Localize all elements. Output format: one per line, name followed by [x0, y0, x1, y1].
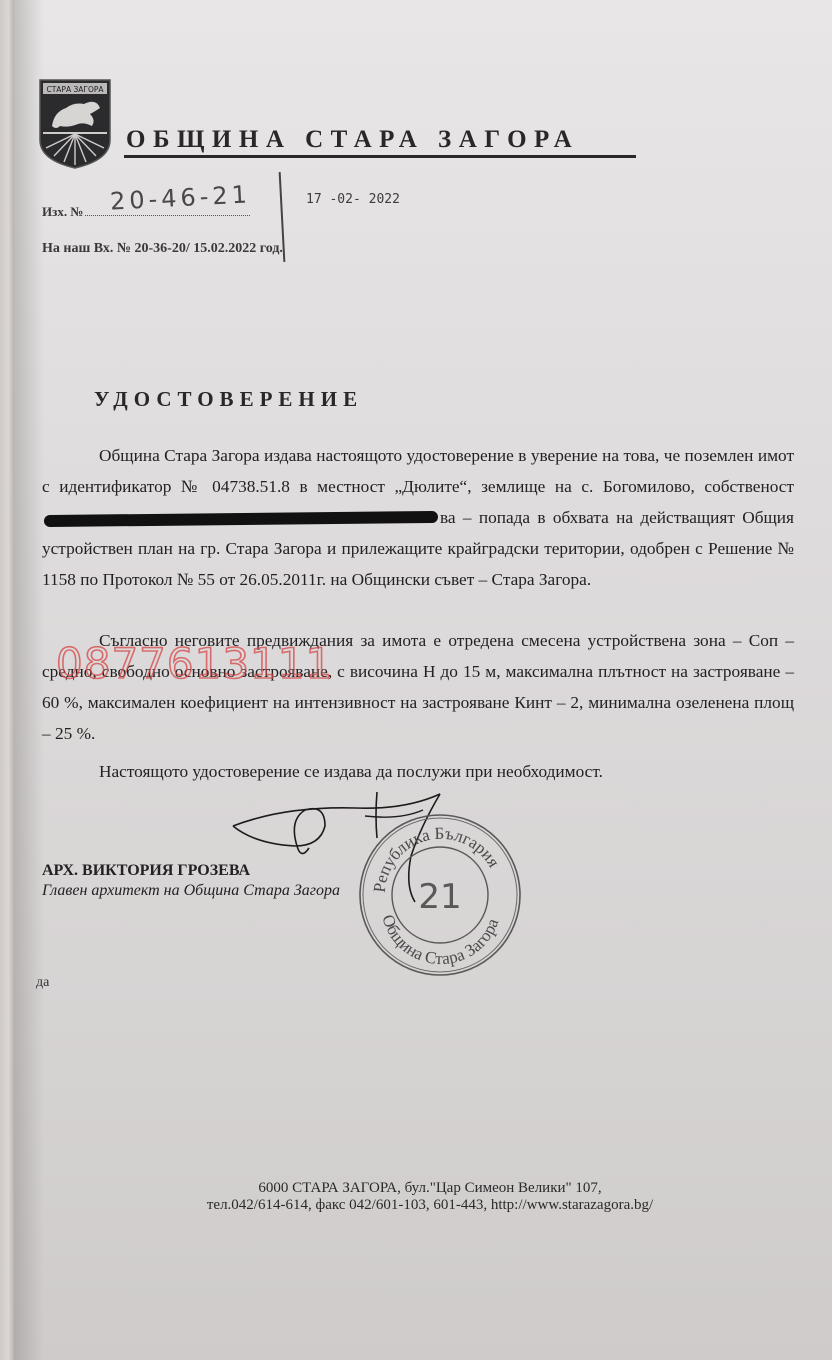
document-title: УДОСТОВЕРЕНИЕ [94, 387, 363, 412]
outgoing-label: Изх. № [42, 204, 83, 219]
redaction-mark [44, 511, 438, 527]
footer-contacts: тел.042/614-614, факс 042/601-103, 601-4… [14, 1197, 832, 1214]
paragraph-2: Съгласно неговите предвиждания за имота … [42, 625, 794, 749]
seal-number: 21 [418, 877, 461, 917]
paragraph-1-start: Община Стара Загора издава настоящото уд… [42, 446, 794, 496]
city-crest-icon: СТАРА ЗАГОРА [38, 78, 112, 170]
footer-address: 6000 СТАРА ЗАГОРА, бул."Цар Симеон Велик… [14, 1180, 832, 1197]
signer-title: Главен архитект на Община Стара Загора [42, 882, 340, 900]
stamped-date: 17 -02- 2022 [306, 192, 400, 207]
initials: да [36, 975, 49, 991]
svg-text:Община Стара Загора: Община Стара Загора [378, 912, 502, 968]
organization-title: ОБЩИНА СТАРА ЗАГОРА [126, 126, 579, 154]
incoming-reference: На наш Вх. № 20-36-20/ 15.02.2022 год. [42, 241, 283, 257]
official-seal: Република България Община Стара Загора 2… [355, 810, 525, 980]
signer-name: АРХ. ВИКТОРИЯ ГРОЗЕВА [42, 862, 250, 880]
page-shadow [14, 0, 44, 1360]
title-underline [124, 155, 636, 158]
paragraph-1: Община Стара Загора издава настоящото уд… [42, 440, 794, 595]
paragraph-3-text: Настоящото удостоверение се издава да по… [42, 756, 794, 787]
paragraph-3: Настоящото удостоверение се издава да по… [42, 756, 794, 787]
seal-bottom-text: Община Стара Загора [378, 912, 502, 968]
svg-text:СТАРА ЗАГОРА: СТАРА ЗАГОРА [46, 85, 104, 94]
page-edge [0, 0, 14, 1360]
paragraph-2-text: Съгласно неговите предвиждания за имота … [42, 625, 794, 749]
